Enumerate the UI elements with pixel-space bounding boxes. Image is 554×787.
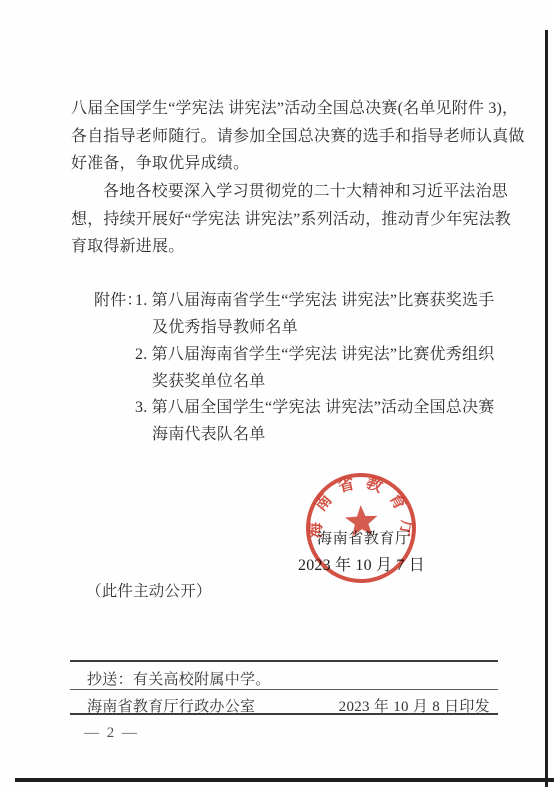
attachment-item-1-line: 1. 第八届海南省学生“学宪法 讲宪法”比赛获奖选手 — [135, 287, 494, 310]
attachment-item-2-line: 奖获奖单位名单 — [152, 368, 265, 391]
footer-rule-bottom — [70, 713, 498, 715]
body-line: 好准备，争取优异成绩。 — [71, 150, 249, 173]
body-line: 各自指导老师随行。请参加全国总决赛的选手和指导老师认真做 — [71, 123, 525, 146]
attachment-item-1-line: 及优秀指导教师名单 — [152, 314, 298, 337]
cc-line: 抄送：有关高校附属中学。 — [87, 668, 271, 689]
attachment-item-3-line: 海南代表队名单 — [152, 421, 265, 444]
footer-rule-top — [70, 660, 498, 662]
signature-issuer: 海南省教育厅 — [317, 527, 411, 548]
scan-edge-right — [545, 30, 548, 787]
body-line: 八届全国学生“学宪法 讲宪法”活动全国总决赛(名单见附件 3)， — [71, 95, 518, 118]
page-number: — 2 — — [84, 725, 139, 742]
body-line: 育取得新进展。 — [71, 233, 184, 256]
scan-edge-bottom — [15, 778, 554, 782]
footer-rule-middle — [70, 689, 498, 690]
body-line: 各地各校要深入学习贯彻党的二十大精神和习近平法治思 — [103, 178, 508, 201]
disclosure-note: （此件主动公开） — [86, 579, 212, 601]
attachment-item-2-line: 2. 第八届海南省学生“学宪法 讲宪法”比赛优秀组织 — [135, 341, 494, 364]
body-line: 想，持续开展好“学宪法 讲宪法”系列活动，推动青少年宪法教 — [71, 206, 511, 229]
attachment-item-3-line: 3. 第八届全国学生“学宪法 讲宪法”活动全国总决赛 — [135, 394, 494, 417]
document-page: 八届全国学生“学宪法 讲宪法”活动全国总决赛(名单见附件 3)， 各自指导老师随… — [0, 0, 554, 787]
signature-date: 2023 年 10 月 7 日 — [298, 552, 425, 575]
